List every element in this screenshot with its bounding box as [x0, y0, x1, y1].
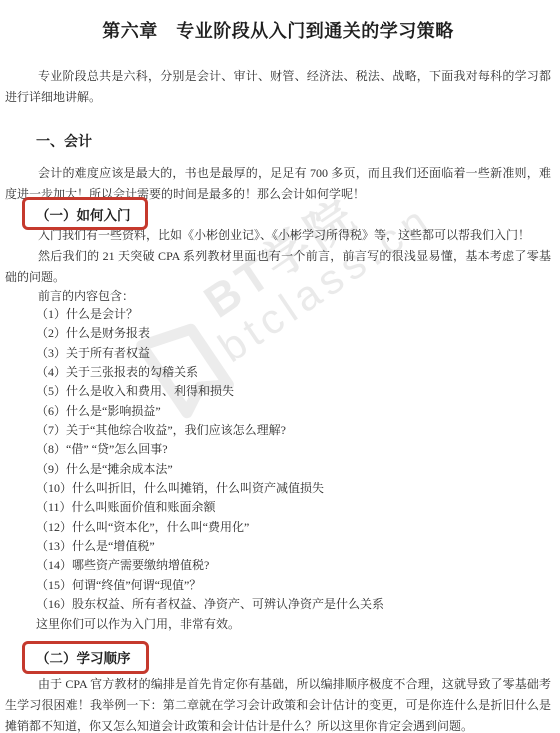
- preface-list-intro: 前言的内容包含：: [5, 288, 551, 306]
- list-item-16: （16）股东权益、所有者权益、净资产、可辨认净资产是什么关系: [5, 595, 551, 614]
- document-page: 第六章 专业阶段从入门到通关的学习策略 专业阶段总共是六科，分别是会计、审计、财…: [0, 0, 560, 733]
- list-item-11: （11）什么叫账面价值和账面余额: [5, 498, 551, 517]
- list-item-9: （9）什么是“摊余成本法”: [5, 460, 551, 479]
- list-closing-note: 这里你们可以作为入门用，非常有效。: [5, 615, 551, 633]
- intro-paragraph: 专业阶段总共是六科，分别是会计、审计、财管、经济法、税法、战略，下面我对每科的学…: [5, 66, 551, 108]
- subsection-2-heading: （二）学习顺序: [36, 649, 131, 669]
- chapter-title: 第六章 专业阶段从入门到通关的学习策略: [5, 18, 551, 44]
- preface-paragraph: 然后我们的 21 天突破 CPA 系列教材里面也有一个前言，前言写的很浅显易懂，…: [5, 246, 551, 288]
- preface-content-list: （1）什么是会计？ （2）什么是财务报表 （3）关于所有者权益 （4）关于三张报…: [5, 305, 551, 615]
- subsection-1-heading: （一）如何入门: [36, 206, 131, 226]
- list-item-8: （8）“借” “贷”怎么回事?: [5, 440, 551, 459]
- list-item-4: （4）关于三张报表的勾稽关系: [5, 363, 551, 382]
- subsection-1-heading-row: （一）如何入门: [36, 206, 551, 226]
- list-item-10: （10）什么叫折旧，什么叫摊销，什么叫资产减值损失: [5, 479, 551, 498]
- list-item-14: （14）哪些资产需要缴纳增值税?: [5, 556, 551, 575]
- list-item-6: （6）什么是“影响损益”: [5, 402, 551, 421]
- list-item-15: （15）何谓“终值”何谓“现值”？: [5, 576, 551, 595]
- entry-materials-paragraph: 入门我们有一些资料，比如《小彬创业记》、《小彬学习所得税》等，这些都可以帮我们入…: [5, 226, 551, 246]
- list-item-12: （12）什么叫“资本化”，什么叫“费用化”: [5, 518, 551, 537]
- list-item-5: （5）什么是收入和费用、利得和损失: [5, 382, 551, 401]
- list-item-13: （13）什么是“增值税”: [5, 537, 551, 556]
- subsection-2-heading-text: （二）学习顺序: [36, 651, 131, 666]
- list-item-3: （3）关于所有者权益: [5, 344, 551, 363]
- list-item-7: （7）关于“其他综合收益”，我们应该怎么理解?: [5, 421, 551, 440]
- subsection-1-heading-text: （一）如何入门: [36, 208, 131, 223]
- study-order-paragraph: 由于 CPA 官方教材的编排是首先肯定你有基础，所以编排顺序极度不合理，这就导致…: [5, 674, 551, 733]
- subsection-2-heading-row: （二）学习顺序: [36, 649, 551, 669]
- accounting-difficulty-paragraph: 会计的难度应该是最大的，书也是最厚的，足足有 700 多页，而且我们还面临着一些…: [5, 163, 551, 204]
- section-heading-accounting: 一、会计: [36, 134, 551, 152]
- list-item-2: （2）什么是财务报表: [5, 324, 551, 343]
- list-item-1: （1）什么是会计？: [5, 305, 551, 324]
